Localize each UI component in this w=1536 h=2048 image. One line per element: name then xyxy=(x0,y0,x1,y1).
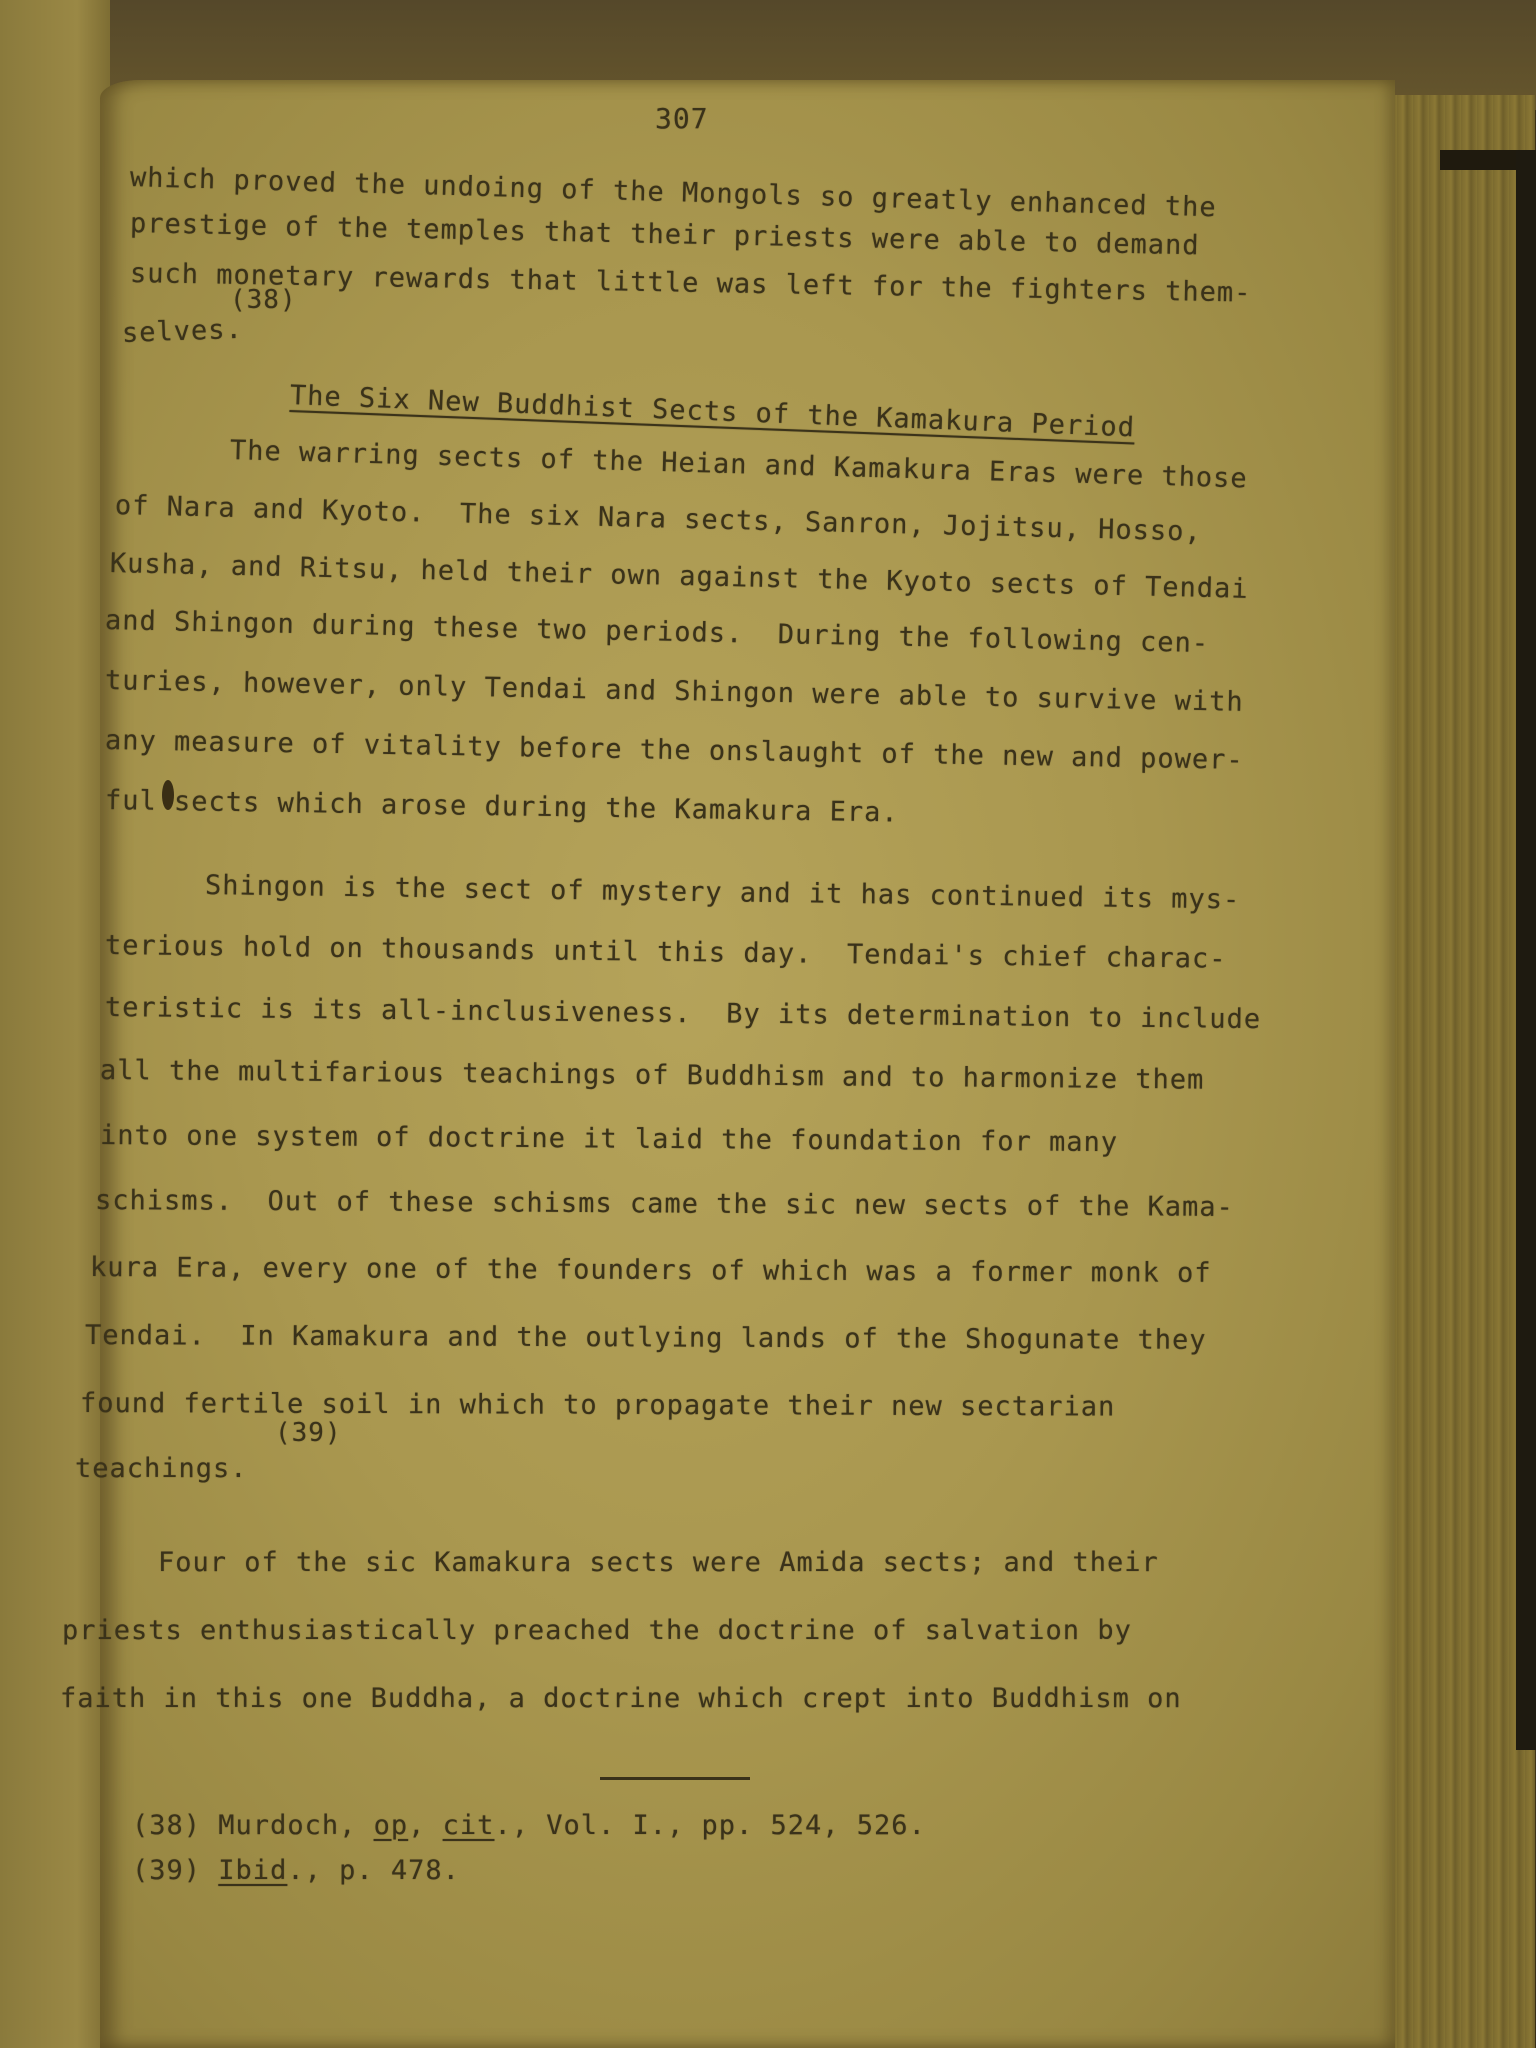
footnote-text: ., p. 478. xyxy=(287,1855,460,1886)
text-line: of Nara and Kyoto. The six Nara sects, S… xyxy=(115,490,1203,548)
text-line: all the multifarious teachings of Buddhi… xyxy=(100,1055,1205,1096)
text-line: Tendai. In Kamakura and the outlying lan… xyxy=(85,1320,1207,1356)
text-line: any measure of vitality before the onsla… xyxy=(105,725,1244,776)
text-line: Shingon is the sect of mystery and it ha… xyxy=(205,870,1241,915)
footnote-ref-39: (39) xyxy=(275,1418,342,1448)
photo-scene: 307 which proved the undoing of the Mong… xyxy=(0,0,1536,2048)
text-line: and Shingon during these two periods. Du… xyxy=(105,605,1210,659)
text-line: selves. xyxy=(121,314,243,349)
text-line: priests enthusiastically preached the do… xyxy=(62,1615,1132,1646)
text-line: schisms. Out of these schisms came the s… xyxy=(95,1185,1234,1223)
text-line: The warring sects of the Heian and Kamak… xyxy=(230,435,1249,494)
facing-page-edge xyxy=(0,0,110,2048)
footnote-number: (38) xyxy=(132,1810,201,1841)
text-line: kura Era, every one of the founders of w… xyxy=(90,1252,1212,1289)
footnote-ibid: Ibid xyxy=(218,1855,287,1886)
text-line: found fertile soil in which to propagate… xyxy=(80,1388,1115,1423)
text-line: Kusha, and Ritsu, held their own against… xyxy=(110,548,1249,605)
footnote-38: (38) Murdoch, op, cit., Vol. I., pp. 524… xyxy=(132,1810,926,1841)
text-line: faith in this one Buddha, a doctrine whi… xyxy=(60,1683,1182,1714)
footnote-39: (39) Ibid., p. 478. xyxy=(132,1855,460,1886)
typewritten-page: 307 which proved the undoing of the Mong… xyxy=(100,80,1395,2048)
text-line: Four of the sic Kamakura sects were Amid… xyxy=(158,1547,1159,1578)
footnote-cit: cit xyxy=(443,1810,495,1841)
footnote-author: Murdoch, xyxy=(218,1810,356,1841)
text-line: into one system of doctrine it laid the … xyxy=(100,1120,1118,1158)
footnote-text: ., Vol. I., pp. 524, 526. xyxy=(494,1810,925,1841)
text-line: teachings. xyxy=(75,1453,248,1484)
section-heading: The Six New Buddhist Sects of the Kamaku… xyxy=(289,380,1135,443)
footnote-number: (39) xyxy=(132,1855,201,1886)
text-line: teristic is its all-inclusiveness. By it… xyxy=(105,992,1261,1035)
footnote-op: op xyxy=(374,1810,409,1841)
footnote-separator xyxy=(600,1777,750,1780)
page-number: 307 xyxy=(655,102,709,135)
text-line: turies, however, only Tendai and Shingon… xyxy=(105,665,1244,718)
text-line: such monetary rewards that little was le… xyxy=(130,258,1252,309)
background-shadow xyxy=(1516,150,1536,1750)
footnote-ref-38: (38) xyxy=(230,285,297,315)
footnote-sep: , xyxy=(408,1810,425,1841)
text-line: terious hold on thousands until this day… xyxy=(105,930,1227,975)
text-line: ful sects which arose during the Kamakur… xyxy=(105,785,899,828)
